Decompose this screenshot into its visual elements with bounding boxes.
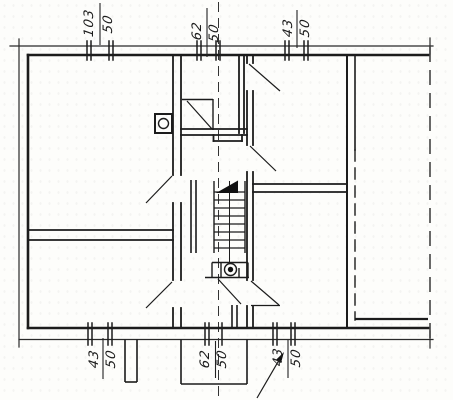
door-swing-lower-right [251, 281, 279, 305]
staircase [191, 180, 249, 278]
dimension-dividers [100, 3, 297, 379]
newel-dot [228, 267, 233, 272]
vestibule-walls [181, 55, 247, 141]
stair-up-arrow-icon [216, 181, 238, 194]
entrance-door-swing [187, 101, 212, 129]
porch-outline [181, 340, 247, 385]
window-marker-top-center [197, 41, 220, 60]
floor-plan-drawing [0, 0, 453, 400]
interior-wall-a [173, 55, 181, 328]
door-swing-mid-right-of-stair [250, 146, 276, 171]
chimney-shaft [125, 340, 137, 383]
door-swing-top-right-of-hall [249, 64, 280, 91]
window-marker-bottom-right [273, 323, 295, 345]
left-rooms-divider-wall [28, 230, 173, 240]
middle-right-divider-wall [253, 184, 347, 192]
window-marker-bottom-left [88, 323, 112, 345]
floor-plan: 103 50 62 50 43 50 43 50 62 50 43 50 [0, 0, 453, 400]
lobby-wall-stub [232, 305, 237, 328]
interior-wall-c [347, 55, 355, 328]
window-marker-bottom-center [205, 323, 222, 345]
door-swing-top-left-room [146, 176, 172, 203]
door-swing-lower-left [218, 279, 241, 304]
door-swing-bottom-left-room [146, 282, 172, 308]
leader-arrow [257, 352, 284, 398]
flue-box-symbol [155, 114, 172, 133]
